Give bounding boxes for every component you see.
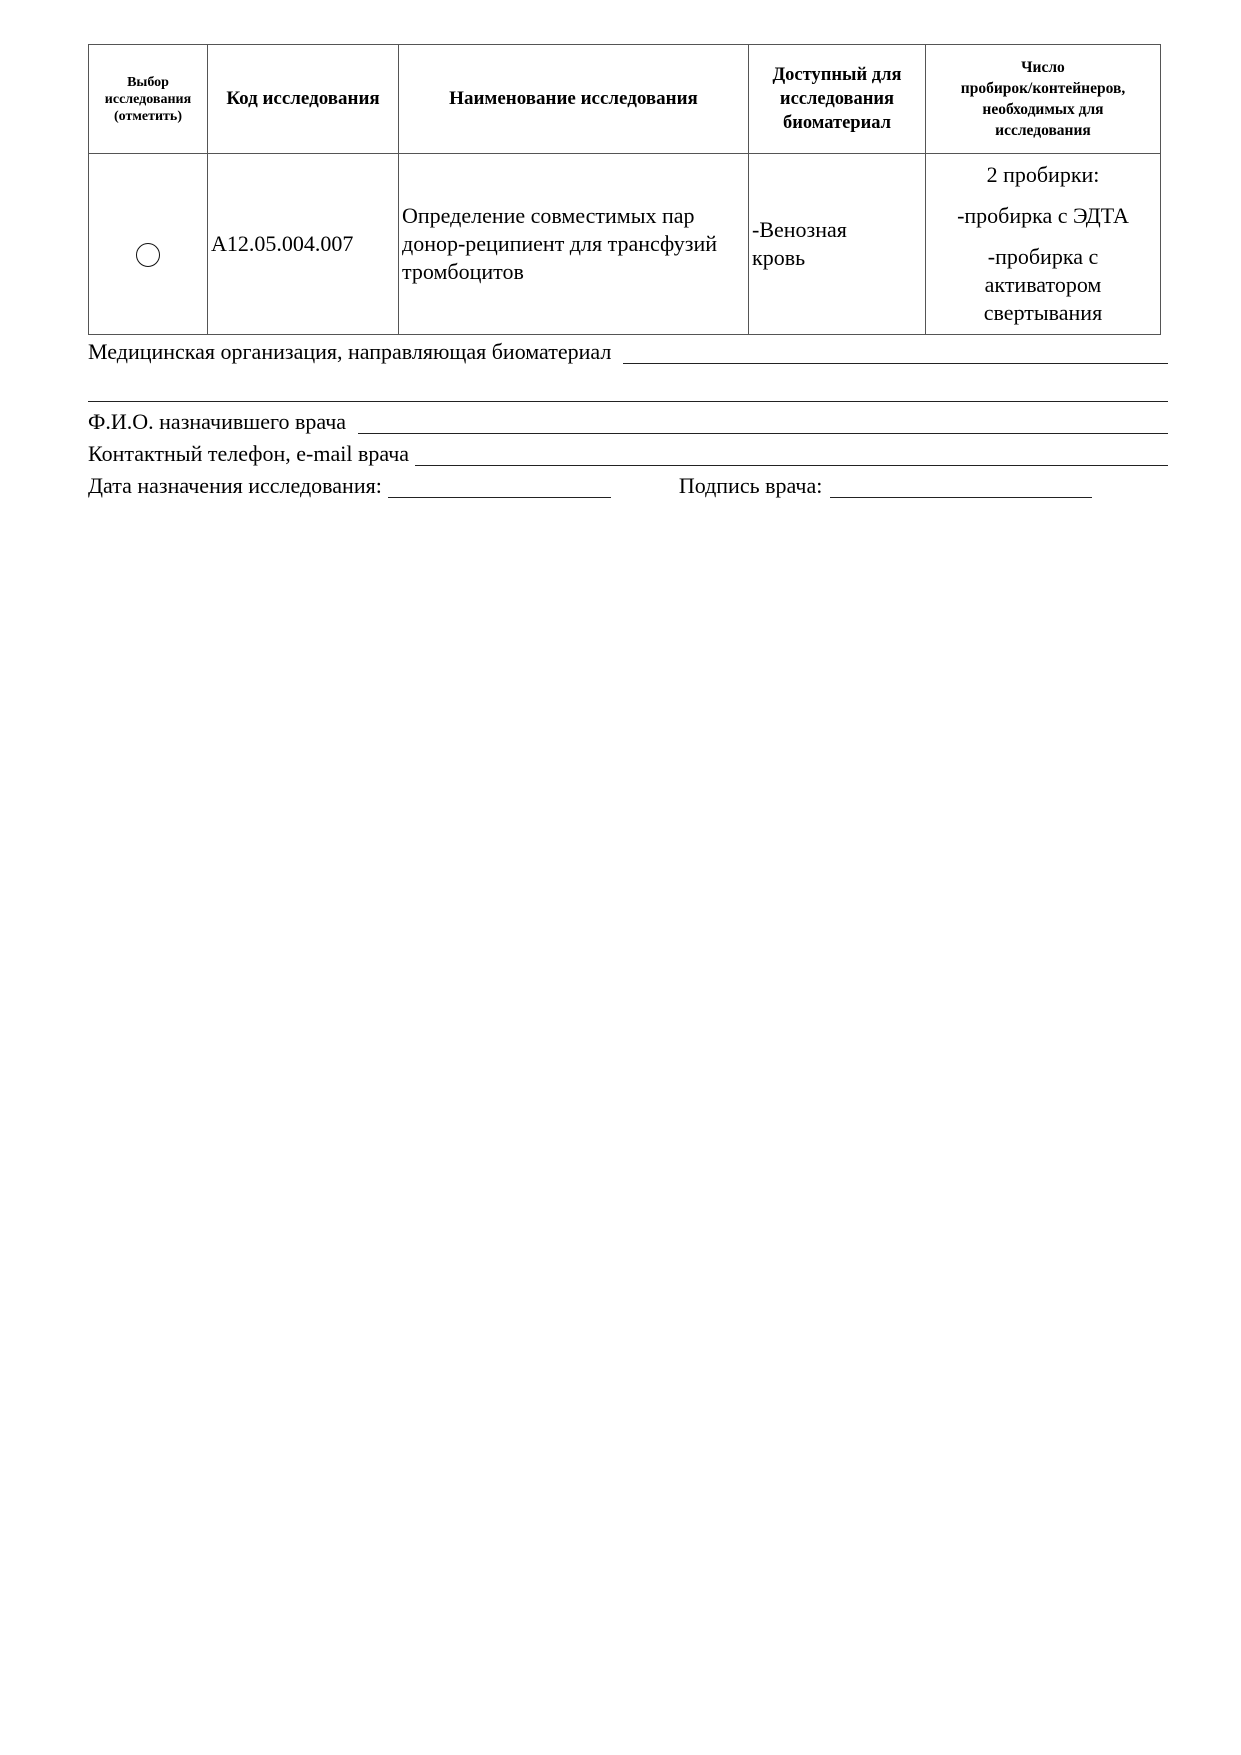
- tubes-line: -пробирка с ЭДТА: [929, 202, 1157, 230]
- header-tubes-line: необходимых для: [929, 99, 1157, 120]
- study-code: A12.05.004.007: [208, 154, 399, 335]
- header-select-line: (отметить): [92, 108, 204, 125]
- header-name: Наименование исследования: [399, 45, 749, 154]
- header-select-line: Выбор: [92, 74, 204, 91]
- doctor-name-row: Ф.И.О. назначившего врача: [88, 406, 1168, 438]
- organization-label: Медицинская организация, направляющая би…: [88, 335, 611, 368]
- study-name: Определение совместимых пар донор-реципи…: [399, 154, 749, 335]
- document-page: Выбор исследования (отметить) Код исслед…: [0, 0, 1241, 1755]
- tubes-line: активатором: [929, 271, 1157, 299]
- referral-form-fields: Медицинская организация, направляющая би…: [88, 334, 1168, 502]
- header-select-line: исследования: [92, 91, 204, 108]
- organization-continuation-row: [88, 368, 1168, 406]
- date-field[interactable]: [388, 475, 611, 498]
- signature-field[interactable]: [830, 475, 1092, 498]
- header-code: Код исследования: [208, 45, 399, 154]
- header-biomaterial-line: Доступный для: [752, 63, 922, 87]
- tubes-line: -пробирка с: [929, 243, 1157, 271]
- signature-label: Подпись врача:: [679, 469, 823, 502]
- header-biomaterial-line: исследования: [752, 87, 922, 111]
- organization-field-continued[interactable]: [88, 379, 1168, 402]
- header-tubes-line: исследования: [929, 120, 1157, 141]
- header-biomaterial-line: биоматериал: [752, 111, 922, 135]
- tubes-line: 2 пробирки:: [929, 161, 1157, 189]
- biomaterial-line: -Венозная: [752, 216, 922, 244]
- date-signature-row: Дата назначения исследования: Подпись вр…: [88, 470, 1168, 502]
- header-tubes-line: пробирок/контейнеров,: [929, 78, 1157, 99]
- table-header-row: Выбор исследования (отметить) Код исслед…: [89, 45, 1161, 154]
- table-row: A12.05.004.007 Определение совместимых п…: [89, 154, 1161, 335]
- doctor-name-field[interactable]: [358, 411, 1168, 434]
- header-tubes: Число пробирок/контейнеров, необходимых …: [926, 45, 1161, 154]
- study-biomaterial: -Венозная кровь: [749, 154, 926, 335]
- organization-row: Медицинская организация, направляющая би…: [88, 334, 1168, 368]
- study-selection-table: Выбор исследования (отметить) Код исслед…: [88, 44, 1161, 335]
- biomaterial-line: кровь: [752, 244, 922, 272]
- date-label: Дата назначения исследования:: [88, 469, 382, 502]
- doctor-name-label: Ф.И.О. назначившего врача: [88, 405, 346, 438]
- header-select: Выбор исследования (отметить): [89, 45, 208, 154]
- header-biomaterial: Доступный для исследования биоматериал: [749, 45, 926, 154]
- contact-label: Контактный телефон, e-mail врача: [88, 437, 409, 470]
- study-select-radio[interactable]: [136, 243, 160, 267]
- select-cell: [89, 154, 208, 335]
- header-tubes-line: Число: [929, 57, 1157, 78]
- tubes-line: свертывания: [929, 299, 1157, 327]
- organization-field[interactable]: [623, 341, 1168, 364]
- study-tubes: 2 пробирки: -пробирка с ЭДТА -пробирка с…: [926, 154, 1161, 335]
- contact-field[interactable]: [415, 443, 1168, 466]
- contact-row: Контактный телефон, e-mail врача: [88, 438, 1168, 470]
